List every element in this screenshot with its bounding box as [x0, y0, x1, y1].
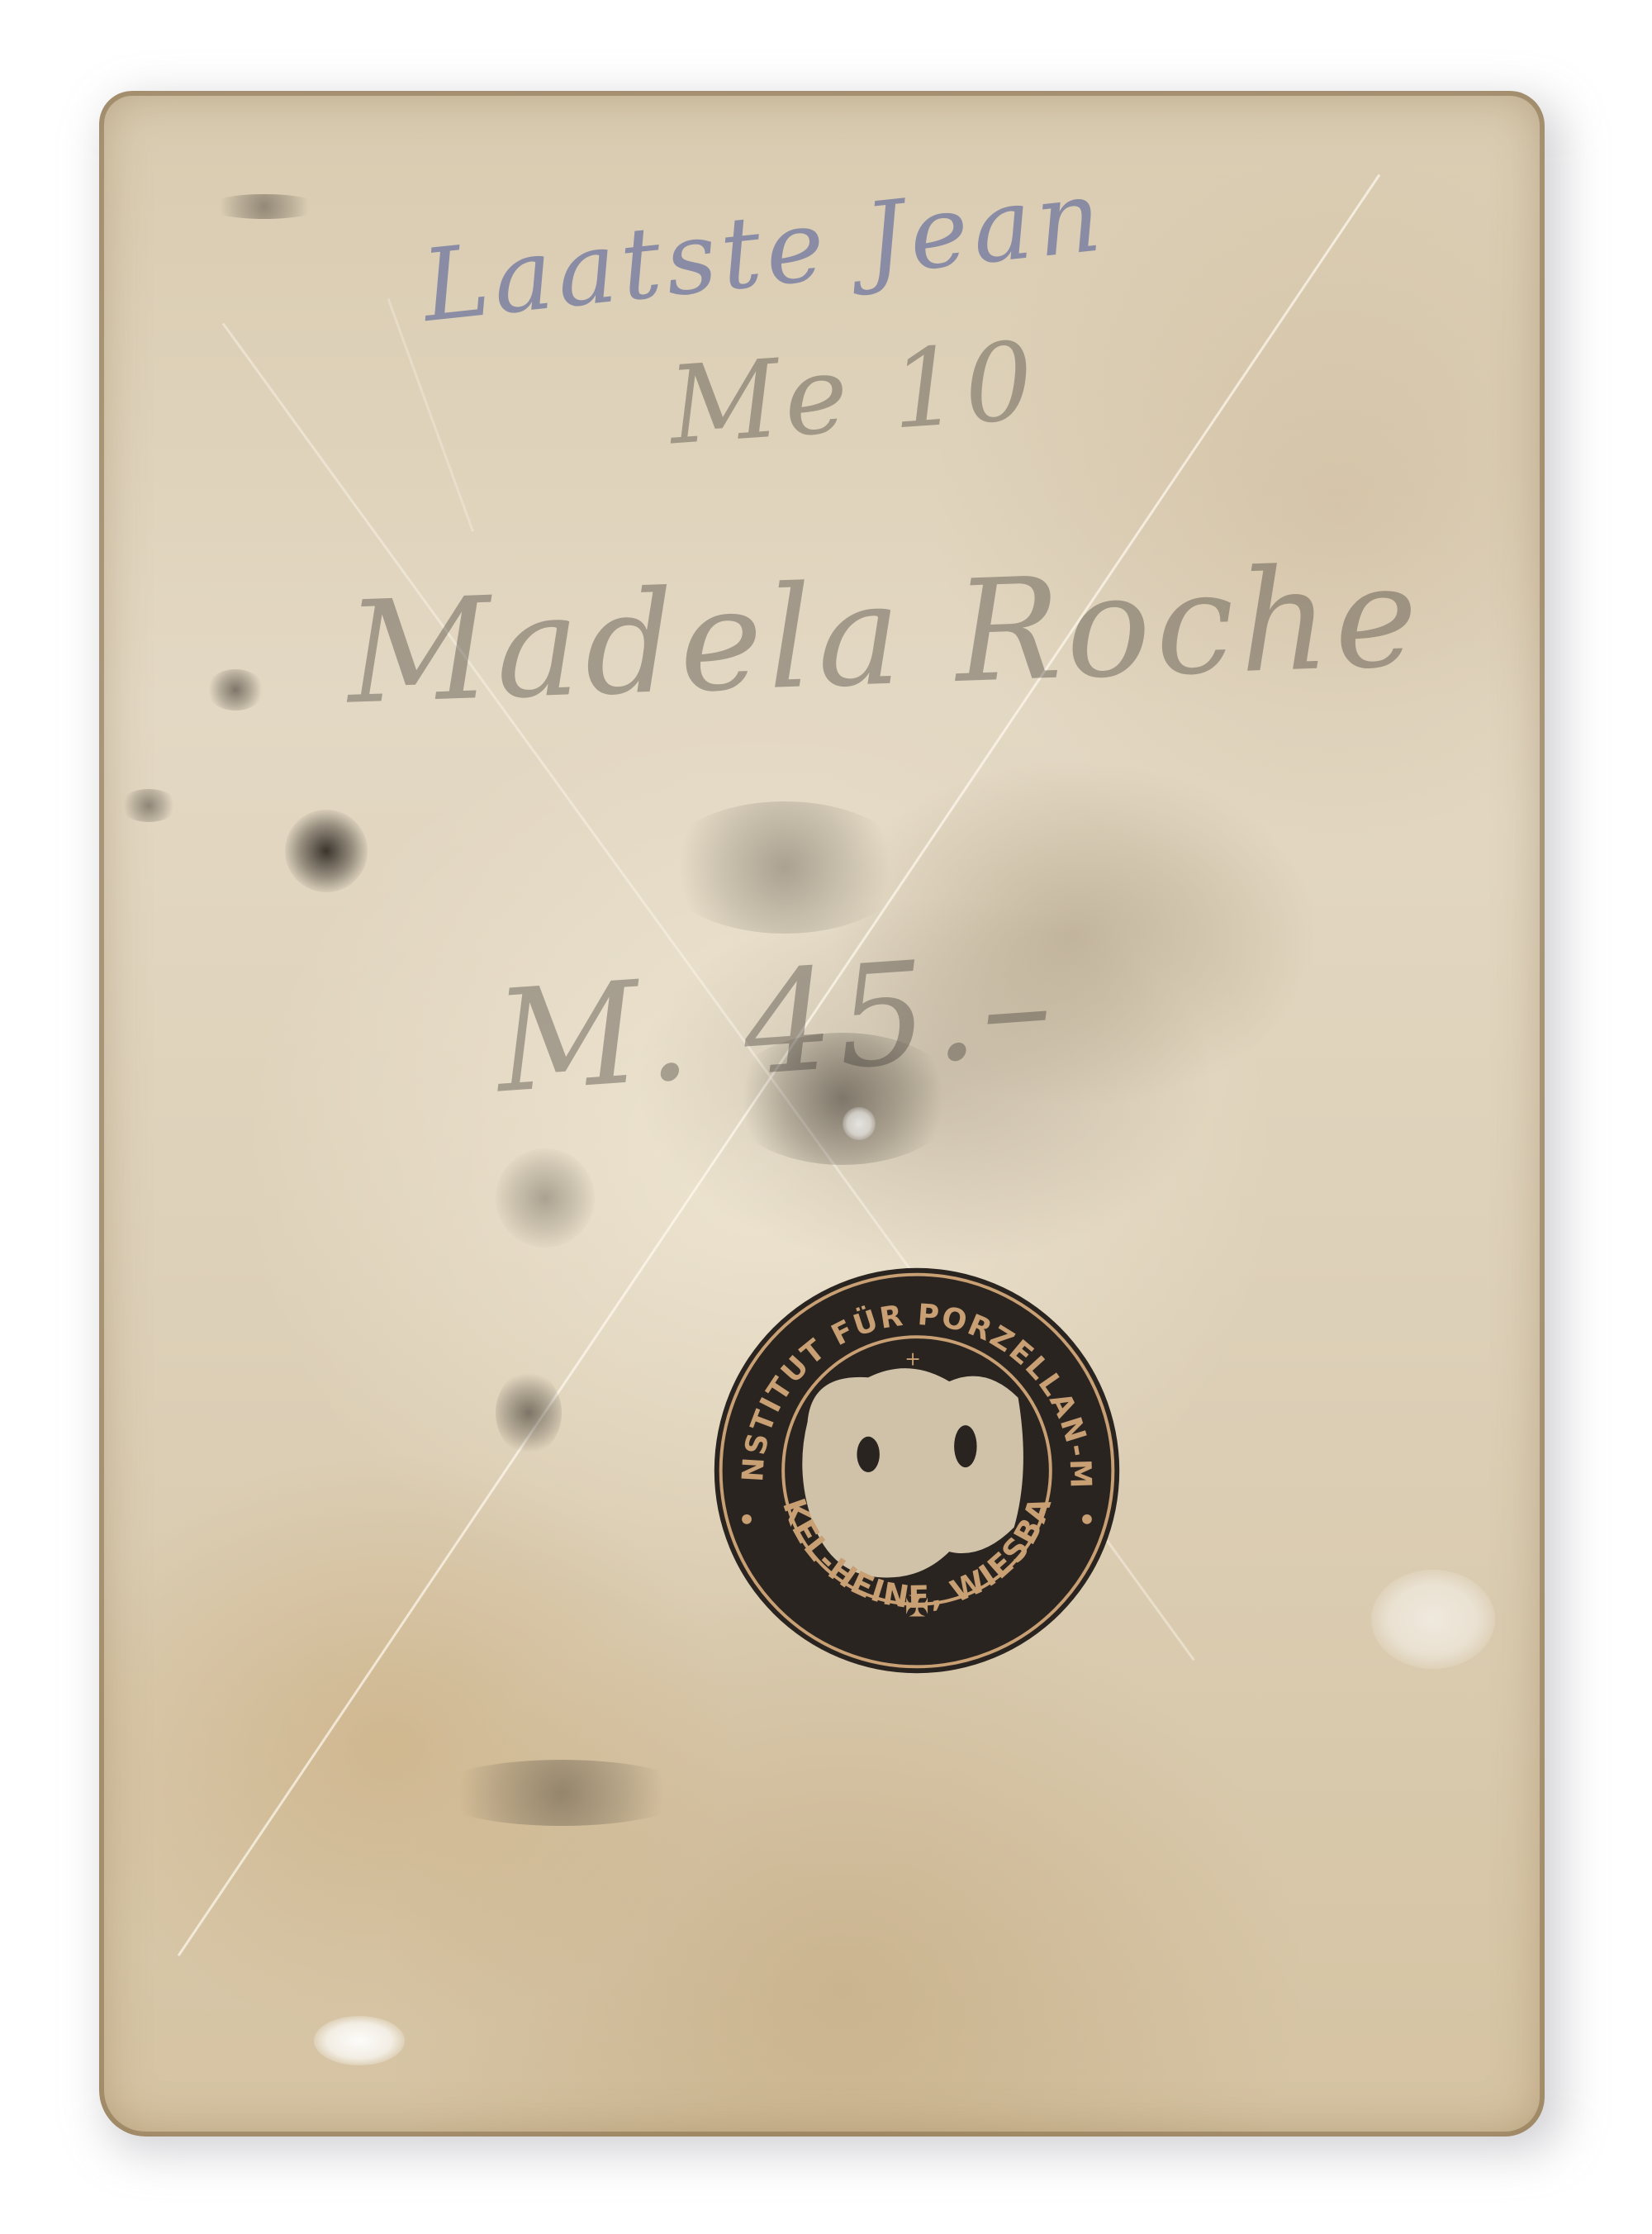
dark-stain: [206, 669, 264, 711]
dark-stain: [120, 789, 178, 822]
svg-text:+: +: [904, 1348, 921, 1371]
handwriting-line-2: Me 10: [665, 318, 1042, 469]
handwriting-line-3: Madela Roche: [344, 535, 1425, 735]
dark-stain: [661, 801, 909, 934]
dark-stain: [206, 194, 322, 219]
white-blot: [1371, 1570, 1495, 1669]
dark-stain: [496, 1371, 562, 1454]
dark-stain: [496, 1148, 595, 1248]
dark-stain: [285, 810, 368, 892]
porcelain-studio-seal: + ✠ KUNSTINSTITUT FÜR PORZELLAN-MALEREI …: [706, 1260, 1127, 1681]
dark-stain: [430, 1760, 694, 1826]
white-blot: [314, 2016, 405, 2065]
handwriting-line-4: M. 45.–: [491, 923, 1062, 1125]
seal-stamp-icon: + ✠ KUNSTINSTITUT FÜR PORZELLAN-MALEREI …: [706, 1260, 1127, 1681]
porcelain-plaque-back: Laatste Jean Me 10 Madela Roche M. 45.–: [99, 91, 1545, 2137]
handwriting-line-1: Laatste Jean: [417, 159, 1111, 345]
white-blot: [843, 1107, 876, 1140]
